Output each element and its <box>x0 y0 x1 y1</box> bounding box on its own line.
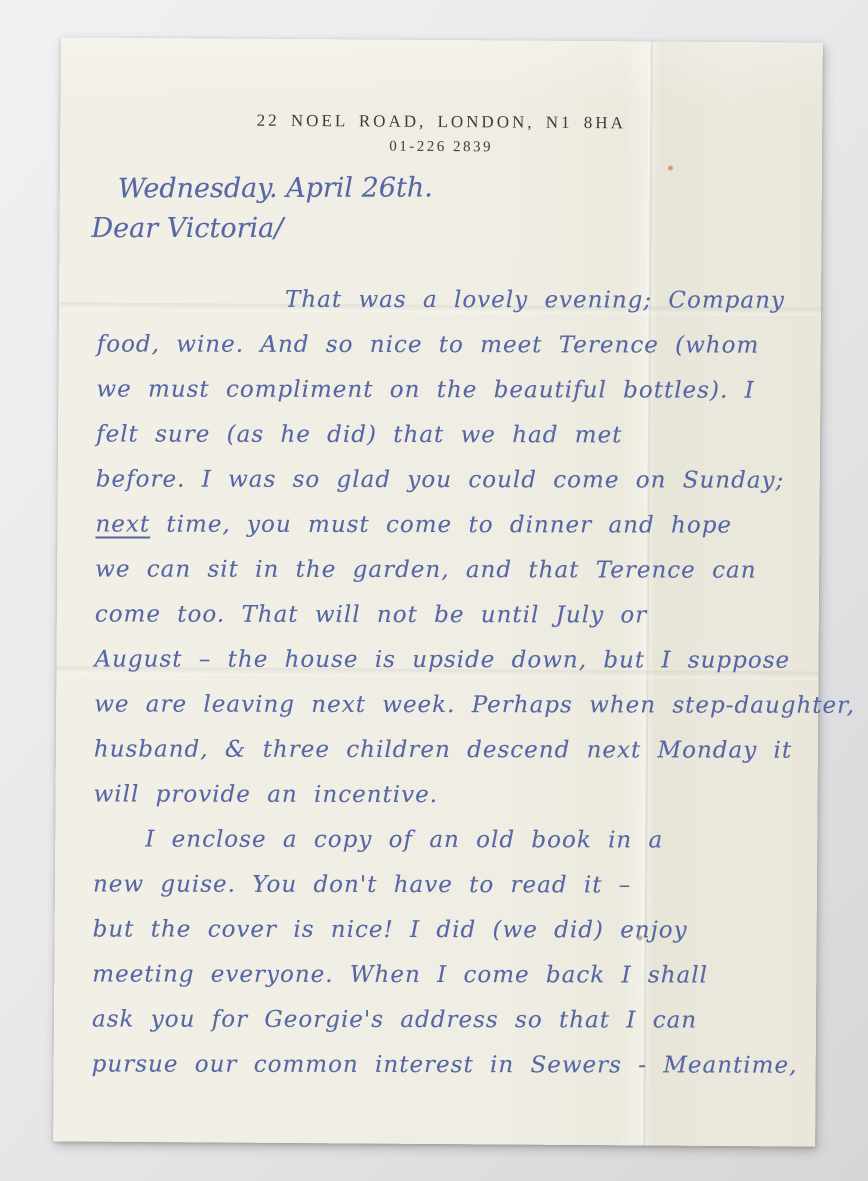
body-line: meeting everyone. When I come back I sha… <box>92 952 796 998</box>
paper-speck <box>668 166 673 171</box>
body-line: we can sit in the garden, and that Teren… <box>95 547 799 593</box>
body-line: before. I was so glad you could come on … <box>96 457 800 503</box>
body-line: felt sure (as he did) that we had met <box>96 412 800 458</box>
body-line: ask you for Georgie's address so that I … <box>92 997 796 1043</box>
underlined-word: next <box>95 511 150 537</box>
letterhead: 22 NOEL ROAD, LONDON, N1 8HA 01-226 2839 <box>60 37 823 158</box>
letter-paper: 22 NOEL ROAD, LONDON, N1 8HA 01-226 2839… <box>53 37 823 1146</box>
body-line: food, wine. And so nice to meet Terence … <box>97 322 801 368</box>
body-line: pursue our common interest in Sewers - M… <box>92 1042 796 1088</box>
body-line: August – the house is upside down, but I… <box>94 637 798 683</box>
body-line: will provide an incentive. <box>94 772 798 818</box>
letterhead-address: 22 NOEL ROAD, LONDON, N1 8HA <box>60 109 822 134</box>
body-line: I enclose a copy of an old book in a <box>93 817 797 863</box>
body-line: husband, & three children descend next M… <box>94 727 798 773</box>
date-line: Wednesday. April 26th. <box>118 171 822 204</box>
body-line: That was a lovely evening; Company <box>97 277 801 323</box>
body-line: we are leaving next week. Perhaps when s… <box>94 682 798 728</box>
body-line: we must compliment on the beautiful bott… <box>96 367 800 413</box>
body-line-rest: time, you must come to dinner and hope <box>150 512 732 539</box>
body-line: new guise. You don't have to read it – <box>93 862 797 908</box>
body-line: but the cover is nice! I did (we did) en… <box>93 907 797 953</box>
body-line: next time, you must come to dinner and h… <box>95 502 799 548</box>
letterhead-phone: 01-226 2839 <box>60 136 822 158</box>
salutation: Dear Victoria/ <box>92 213 822 244</box>
body-line: come too. That will not be until July or <box>95 592 799 638</box>
letter-body: That was a lovely evening; Company food,… <box>54 275 822 1090</box>
photo-background: 22 NOEL ROAD, LONDON, N1 8HA 01-226 2839… <box>0 0 868 1181</box>
